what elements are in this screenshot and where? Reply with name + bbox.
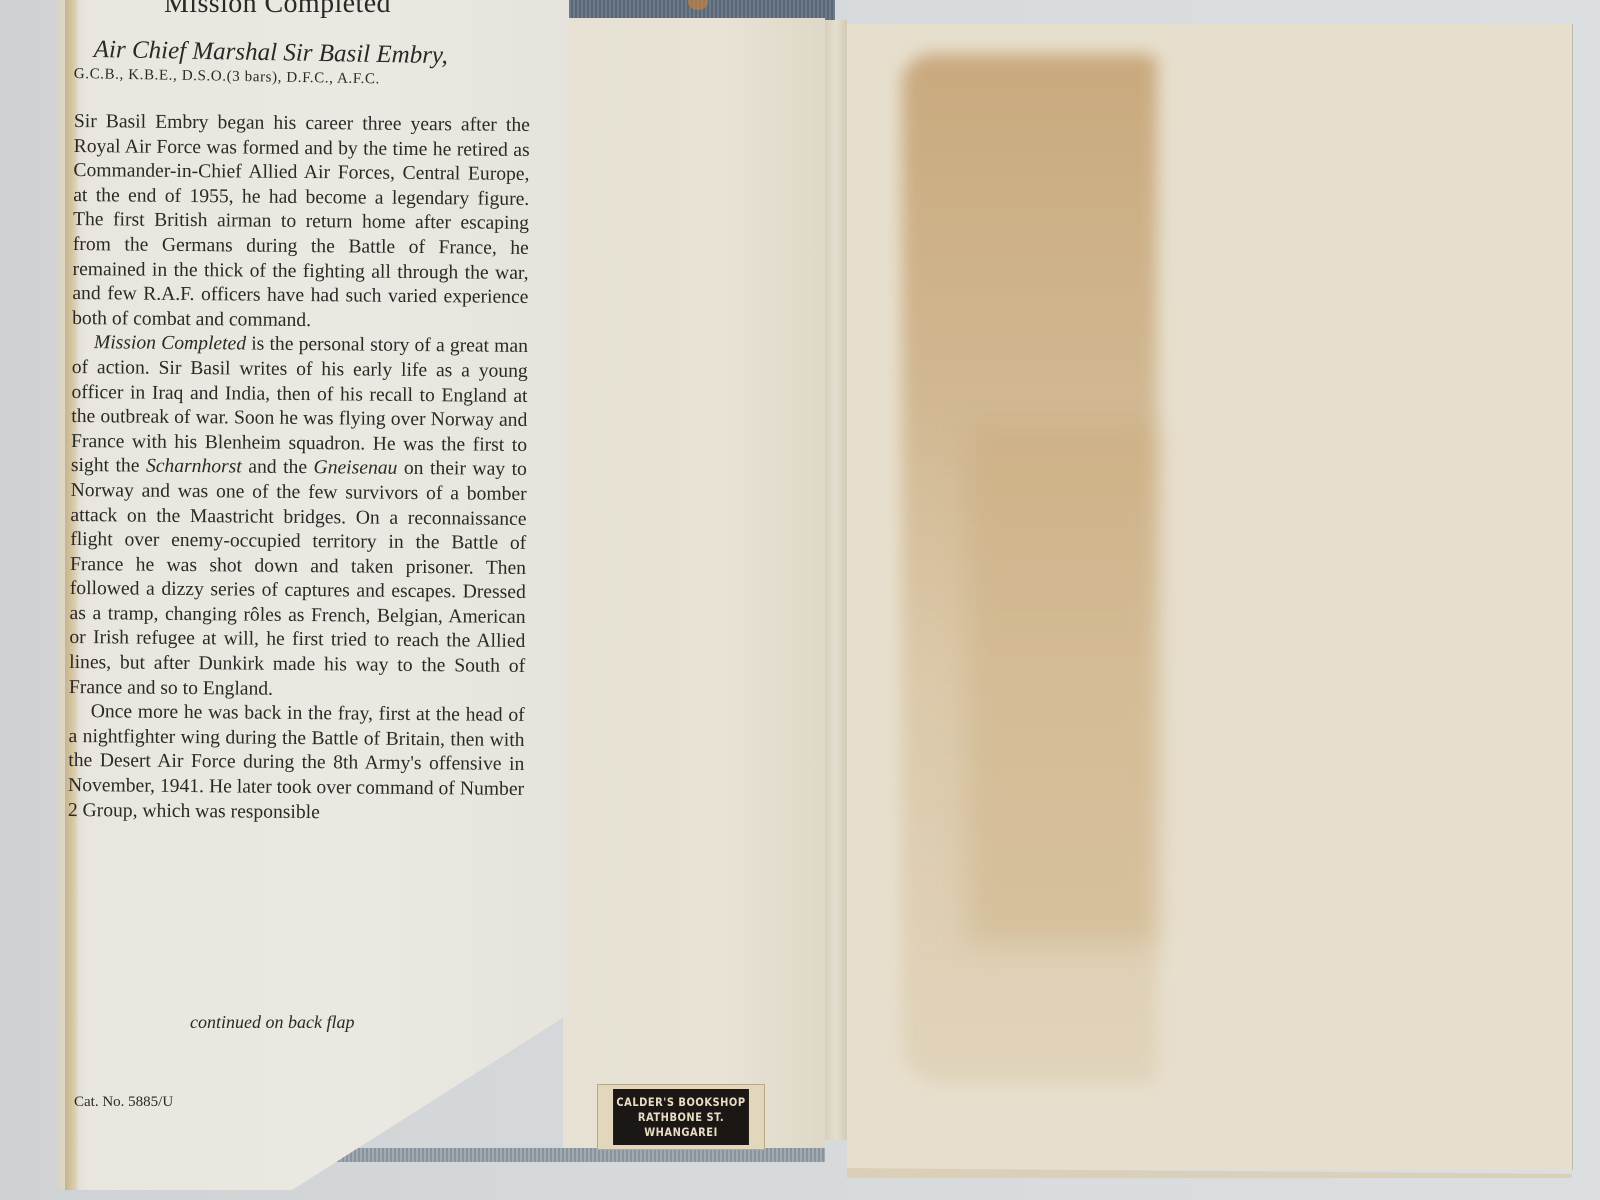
dust-jacket-front-flap: Mission Completed Air Chief Marshal Sir … [57, 0, 569, 1190]
spine-mark [688, 0, 708, 10]
book-photo: Mission Completed Air Chief Marshal Sir … [0, 0, 1600, 1200]
tanning-stain-lower [967, 424, 1157, 944]
book-hinge [825, 20, 847, 1140]
ship-name: Scharnhorst [146, 456, 242, 478]
blurb-paragraph-3: Once more he was back in the fray, first… [68, 700, 525, 827]
blurb: Sir Basil Embry began his career three y… [68, 110, 530, 827]
ship-name: Gneisenau [313, 457, 397, 479]
continued-note: continued on back flap [190, 1012, 354, 1033]
blurb-text: and the [242, 457, 314, 479]
blurb-text: on their way to Norway and was one of th… [69, 458, 527, 699]
blurb-text: is the personal story of a great man of … [71, 334, 528, 477]
catalogue-number: Cat. No. 5885/U [74, 1094, 173, 1111]
bookseller-street: RATHBONE ST. [638, 1110, 724, 1125]
book-title-italic: Mission Completed [94, 333, 246, 355]
bookseller-label: CALDER'S BOOKSHOP RATHBONE ST. WHANGAREI [598, 1085, 764, 1149]
front-pastedown-endpaper [563, 18, 825, 1150]
blurb-paragraph-2: Mission Completed is the personal story … [69, 331, 528, 704]
free-endpaper-page [847, 24, 1572, 1170]
bookseller-label-text: CALDER'S BOOKSHOP RATHBONE ST. WHANGAREI [613, 1089, 749, 1145]
page-lower-edge [847, 1168, 1572, 1178]
blurb-paragraph-1: Sir Basil Embry began his career three y… [72, 110, 530, 335]
author-line: Air Chief Marshal Sir Basil Embry, [94, 36, 449, 70]
spine-cloth-top [563, 0, 835, 20]
bookseller-name: CALDER'S BOOKSHOP [616, 1095, 745, 1110]
bookseller-town: WHANGAREI [644, 1125, 718, 1140]
book-title: Mission Completed [164, 0, 391, 20]
author-honours: G.C.B., K.B.E., D.S.O.(3 bars), D.F.C., … [74, 66, 380, 88]
